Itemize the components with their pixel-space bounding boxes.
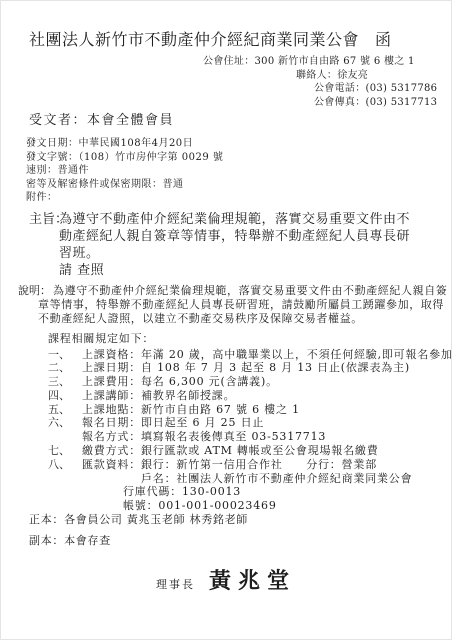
attachment-line: 附件： (26, 191, 451, 205)
association-fax: 公會傳真：(03) 5317713 (1, 96, 451, 110)
document-type-label: 函 (375, 30, 392, 49)
item-text: 匯款資料：銀行：新竹第一信用合作社 分行：營業部 (82, 458, 377, 472)
chairman-name: 黃兆堂 (209, 564, 296, 595)
chairman-title: 理事長 (156, 576, 195, 592)
bank-account-number: 帳號：001-001-00023469 (1, 499, 451, 513)
item-text: 上課資格：年滿 20 歲，高中職畢業以上，不須任何經驗,即可報名參加。 (82, 348, 452, 362)
contact-person: 聯絡人：徐友亮 (1, 69, 451, 83)
explanation-first-line: 說明： 為遵守不動產仲介經紀業倫理規範，落實交易重要文件由不動產經紀人親自簽 (1, 284, 451, 298)
item-text: 上課日期：自 108 年 7 月 3 起至 8 月 13 日止(依課表為主) (82, 361, 410, 375)
document-title: 社團法人新竹市不動產仲介經紀商業同業公會函 (1, 1, 451, 50)
distribution-block: 正本：各會員公司 黃兆玉老師 林秀銘老師 副本：本會存查 (1, 513, 451, 548)
explanation-line-2: 章等情事，特舉辦不動產經紀人員專長研習班，請鼓勵所屬員工踴躍參加，取得 (1, 298, 451, 312)
organization-name: 社團法人新竹市不動產仲介經紀商業同業公會 (29, 30, 359, 49)
subject-line-1: 為遵守不動產仲介經紀業倫理規範，落實交易重要文件由不 (59, 211, 410, 228)
course-rules-list: 一、 上課資格：年滿 20 歲，高中職畢業以上，不須任何經驗,即可報名參加。 二… (1, 348, 451, 514)
item-text: 報名日期：即日起至 6 月 25 日止 (82, 416, 264, 430)
list-item-qualification: 一、 上課資格：年滿 20 歲，高中職畢業以上，不須任何經驗,即可報名參加。 (1, 348, 451, 362)
delivery-speed-line: 速別：普通件 (26, 164, 451, 178)
item-number: 二、 (48, 361, 82, 375)
item-number: 五、 (48, 403, 82, 417)
explanation-line-1: 為遵守不動產仲介經紀業倫理規範，落實交易重要文件由不動產經紀人親自簽 (53, 284, 447, 298)
item-number: 六、 (48, 416, 82, 430)
item-text: 繳費方式：銀行匯款或 ATM 轉帳或至公會現場報名繳費 (82, 444, 379, 458)
item-text: 上課講師：補教界名師授課。 (82, 389, 235, 403)
document-meta-block: 發文日期：中華民國108年4月20日 發文字號：（108）竹市房仲字第 0029… (1, 137, 451, 205)
issue-date-line: 發文日期：中華民國108年4月20日 (26, 137, 451, 151)
list-item-fee: 三、 上課費用：每名 6,300 元(含講義)。 (1, 375, 451, 389)
item-number: 四、 (48, 389, 82, 403)
bank-code: 行庫代碼：130-0013 (1, 485, 451, 499)
recipient-line: 受文者：本會全體會員 (1, 113, 451, 129)
list-item-payment-method: 七、 繳費方式：銀行匯款或 ATM 轉帳或至公會現場報名繳費 (1, 444, 451, 458)
item-number: 一、 (48, 348, 82, 362)
list-item-registration-date: 六、 報名日期：即日起至 6 月 25 日止 (1, 416, 451, 430)
item-number: 三、 (48, 375, 82, 389)
subject-line-3: 習班。 (59, 245, 410, 262)
list-item-registration-method: 報名方式：填寫報名表後傳真至 03-5317713 (1, 430, 451, 444)
subject-block: 主旨： 為遵守不動產仲介經紀業倫理規範，落實交易重要文件由不 動產經紀人親自簽章… (1, 211, 451, 279)
subject-line-2: 動產經紀人親自簽章等情事，特舉辦不動產經紀人員專長研 (59, 228, 410, 245)
association-contact-block: 公會住址：300 新竹市自由路 67 號 6 樓之 1 聯絡人：徐友亮 公會電話… (1, 55, 451, 109)
association-phone: 公會電話：(03) 5317786 (1, 82, 451, 96)
subject-label: 主旨： (29, 211, 59, 279)
original-recipients-line: 正本：各會員公司 黃兆玉老師 林秀銘老師 (29, 513, 451, 527)
bank-account-name: 戶名：社團法人新竹市不動產仲介經紀商業同業公會 (1, 472, 451, 486)
explanation-block: 說明： 為遵守不動產仲介經紀業倫理規範，落實交易重要文件由不動產經紀人親自簽 章… (1, 284, 451, 326)
explanation-label: 說明： (18, 284, 53, 298)
course-rules-intro: 課程相關規定如下： (1, 332, 451, 346)
item-text: 報名方式：填寫報名表後傳真至 03-5317713 (82, 430, 326, 444)
item-text: 上課地點：新竹市自由路 67 號 6 樓之 1 (82, 403, 300, 417)
security-classification-line: 密等及解密條件或保密期限：普通 (26, 178, 451, 192)
item-number: 八、 (48, 458, 82, 472)
copy-recipients-line: 副本：本會存查 (29, 534, 451, 548)
item-number: 七、 (48, 444, 82, 458)
signature-block: 理事長 黃兆堂 (1, 564, 451, 595)
list-item-location: 五、 上課地點：新竹市自由路 67 號 6 樓之 1 (1, 403, 451, 417)
list-item-dates: 二、 上課日期：自 108 年 7 月 3 起至 8 月 13 日止(依課表為主… (1, 361, 451, 375)
subject-closing: 請 查照 (59, 262, 410, 279)
document-number-line: 發文字號：（108）竹市房仲字第 0029 號 (26, 151, 451, 165)
list-item-remittance-info: 八、 匯款資料：銀行：新竹第一信用合作社 分行：營業部 (1, 458, 451, 472)
list-item-instructor: 四、 上課講師：補教界名師授課。 (1, 389, 451, 403)
association-address: 公會住址：300 新竹市自由路 67 號 6 樓之 1 (1, 55, 451, 69)
item-text: 上課費用：每名 6,300 元(含講義)。 (82, 375, 278, 389)
official-letter-document: 社團法人新竹市不動產仲介經紀商業同業公會函 公會住址：300 新竹市自由路 67… (0, 0, 452, 640)
explanation-line-3: 不動產經紀人證照，以建立不動產交易秩序及保障交易者權益。 (1, 312, 451, 326)
subject-body: 為遵守不動產仲介經紀業倫理規範，落實交易重要文件由不 動產經紀人親自簽章等情事，… (59, 211, 410, 279)
item-number (48, 430, 82, 444)
